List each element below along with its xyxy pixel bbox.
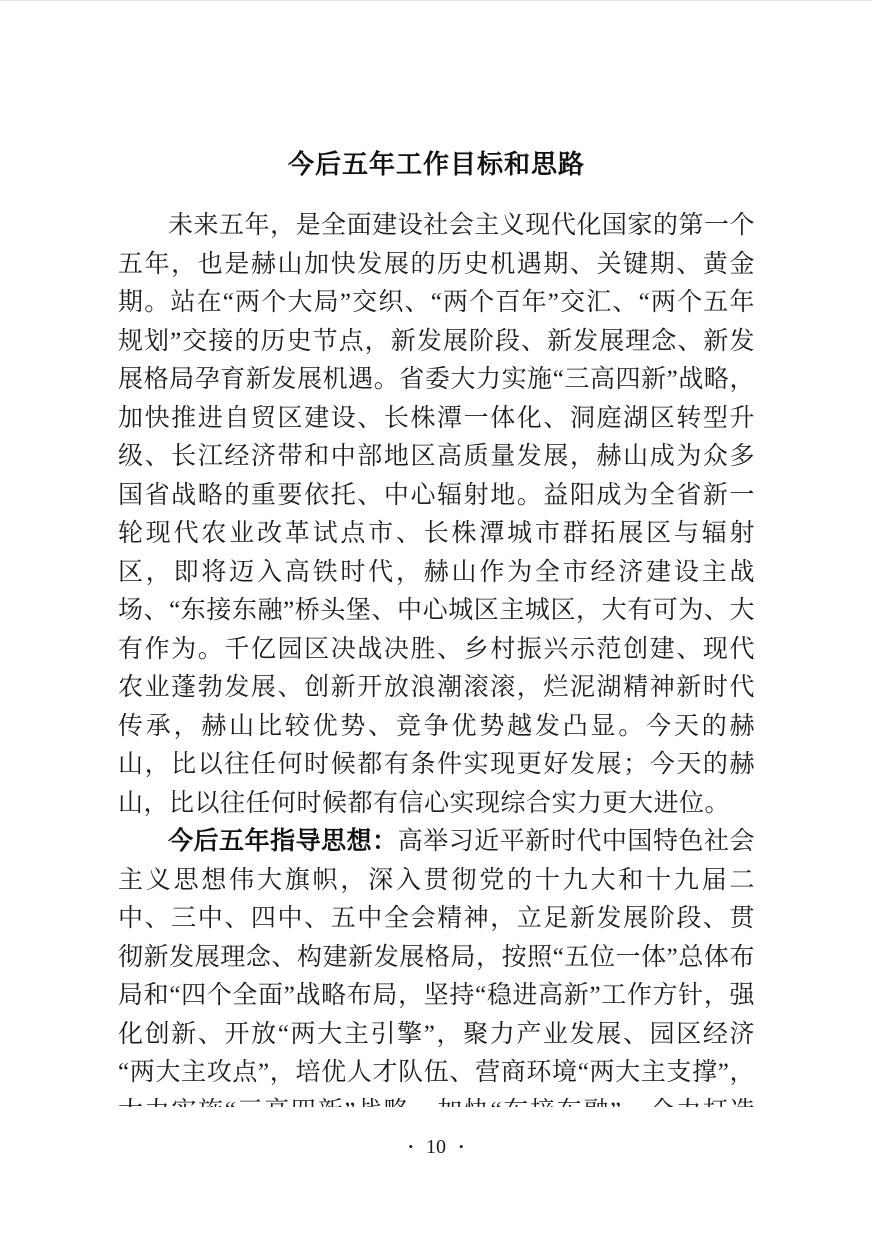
paragraph-lead-bold: 今后五年指导思想： [168, 828, 398, 855]
paragraph-text: 高举习近平新时代中国特色社会主义思想伟大旗帜，深入贯彻党的十九大和十九届二中、三… [118, 828, 755, 1107]
paragraph-text: 未来五年，是全面建设社会主义现代化国家的第一个五年，也是赫山加快发展的历史机遇期… [118, 212, 755, 817]
page-number: 10 [426, 1135, 446, 1159]
page-number-right-dot: • [459, 1135, 464, 1159]
page-title: 今后五年工作目标和思路 [118, 147, 755, 181]
paragraph: 今后五年指导思想：高举习近平新时代中国特色社会主义思想伟大旗帜，深入贯彻党的十九… [118, 823, 755, 1107]
page-number-left-dot: • [408, 1135, 413, 1159]
page-footer: • 10 • [0, 1135, 872, 1159]
paragraph: 未来五年，是全面建设社会主义现代化国家的第一个五年，也是赫山加快发展的历史机遇期… [118, 207, 755, 823]
document-page: 今后五年工作目标和思路 未来五年，是全面建设社会主义现代化国家的第一个五年，也是… [0, 0, 872, 1234]
document-body: 未来五年，是全面建设社会主义现代化国家的第一个五年，也是赫山加快发展的历史机遇期… [118, 207, 755, 1107]
